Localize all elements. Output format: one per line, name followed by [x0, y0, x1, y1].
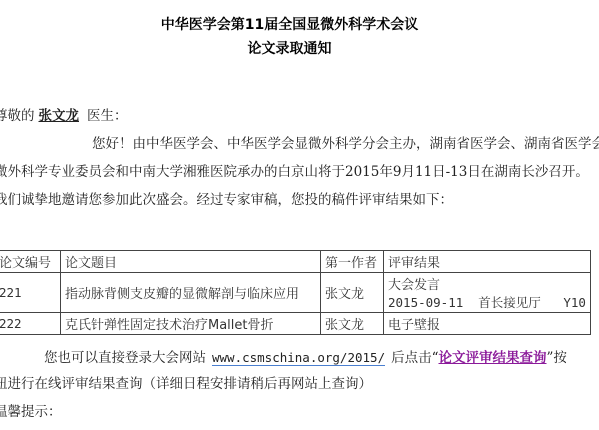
first-author: 张文龙 [321, 273, 384, 313]
paper-id: 221 [0, 273, 61, 313]
paragraph-4-middle: 后点击“ [391, 350, 438, 366]
paper-title: 克氏针弹性固定技术治疗Mallet骨折 [61, 313, 321, 335]
paragraph-4: 您也可以直接登录大会网站www.csmschina.org/2015/后点击“论… [44, 346, 567, 366]
review-result: 电子壁报 [384, 313, 591, 335]
result-schedule: 2015-09-11 首长接见厅 Y10 [388, 293, 586, 311]
table-row: 221 指动脉背侧支皮瓣的显微解剖与临床应用 张文龙 大会发言 2015-09-… [0, 273, 590, 313]
paragraph-2: 微外科学专业委员会和中南大学湘雅医院承办的白京山将于2015年9月11日-13日… [0, 160, 589, 180]
paragraph-3: 我们诚挚地邀请您参加此次盛会。经过专家审稿，您投的稿件评审结果如下： [0, 188, 453, 208]
paragraph-1: 您好！由中华医学会、中华医学会显微外科学分会主办，湖南省医学会、湖南省医学会显 [92, 132, 599, 152]
review-results-table: 论文编号 论文题目 第一作者 评审结果 221 指动脉背侧支皮瓣的显微解剖与临床… [0, 250, 591, 335]
conference-website-link[interactable]: www.csmschina.org/2015/ [212, 350, 385, 366]
header-paper-id: 论文编号 [0, 251, 61, 273]
result-type: 大会发言 [388, 274, 586, 293]
reminder-heading: 温馨提示： [0, 400, 62, 420]
paragraph-4-prefix: 您也可以直接登录大会网站 [44, 350, 206, 366]
header-review-result: 评审结果 [384, 251, 591, 273]
first-author: 张文龙 [321, 313, 384, 335]
salutation: 尊敬的张文龙医生： [0, 104, 128, 124]
review-result-query-link[interactable]: 论文评审结果查询 [439, 350, 547, 366]
recipient-name: 张文龙 [35, 108, 88, 124]
salutation-suffix: 医生： [87, 108, 128, 124]
document-subtitle: 论文录取通知 [0, 38, 589, 58]
paragraph-5: 钮进行在线评审结果查询（详细日程安排请稍后再网站上查询） [0, 372, 372, 392]
paragraph-4-suffix: ”按 [547, 350, 567, 366]
document-title: 中华医学会第11届全国显微外科学术会议 [0, 14, 589, 34]
paper-title: 指动脉背侧支皮瓣的显微解剖与临床应用 [61, 273, 321, 313]
header-paper-title: 论文题目 [61, 251, 321, 273]
table-header-row: 论文编号 论文题目 第一作者 评审结果 [0, 251, 590, 273]
salutation-prefix: 尊敬的 [0, 108, 35, 124]
header-first-author: 第一作者 [321, 251, 384, 273]
table-row: 222 克氏针弹性固定技术治疗Mallet骨折 张文龙 电子壁报 [0, 313, 590, 335]
review-result: 大会发言 2015-09-11 首长接见厅 Y10 [384, 273, 591, 313]
paper-id: 222 [0, 313, 61, 335]
